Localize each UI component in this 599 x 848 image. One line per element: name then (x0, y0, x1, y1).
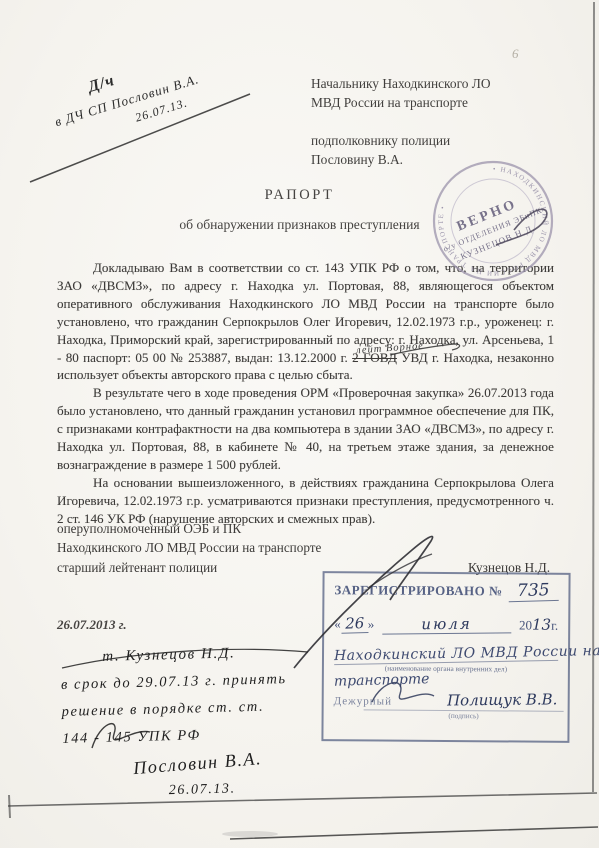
paragraph-2: В результате чего в ходе проведения ОРМ … (57, 384, 554, 474)
registration-year-suffix: г. (551, 618, 558, 634)
registration-duty-row: Дежурный Полищук В.В. (334, 690, 558, 710)
registration-date-row: « 26 » июля 20 13 г. (334, 614, 558, 635)
registration-number: 735 (508, 580, 558, 602)
document-date: 26.07.2013 г. (57, 617, 127, 633)
registration-month: июля (382, 614, 511, 634)
scanned-report-page: Д/ч в ДЧ СП Пословин В.А. 26.07.13. 6 На… (0, 0, 599, 848)
duty-officer-name: Полищук В.В. (392, 690, 558, 710)
registration-signature-caption: (подпись) (364, 709, 564, 720)
scan-edge-right (593, 2, 594, 792)
registration-org-line1: Находкинский ЛО МВД России на (334, 644, 558, 665)
officer-block: оперуполномоченный ОЭБ и ПК Находкинског… (57, 519, 321, 577)
officer-line: Находкинского ЛО МВД России на транспорт… (57, 538, 321, 557)
registration-label: ЗАРЕГИСТРИРОВАНО № (334, 582, 502, 599)
registration-org-line2: транспорте (334, 671, 424, 690)
recipient-line: МВД России на транспорте (311, 93, 491, 112)
registration-stamp: ЗАРЕГИСТРИРОВАНО № 735 « 26 » июля 20 13… (321, 571, 570, 743)
resolution-bottom-date: 26.07.13. (168, 774, 289, 804)
scan-edge-bottom-2 (230, 827, 598, 839)
quote-open: « (334, 616, 341, 632)
handwritten-resolution-bottom: т. Кузнецов Н.Д. в срок до 29.07.13 г. п… (60, 639, 290, 807)
registration-header-row: ЗАРЕГИСТРИРОВАНО № 735 (334, 579, 558, 602)
scan-edge-left-tick (9, 795, 10, 818)
quote-close: » (368, 616, 375, 632)
page-corner-mark: 6 (512, 46, 519, 62)
duty-officer-label: Дежурный (334, 695, 392, 707)
registration-year-hand: 13 (532, 616, 551, 634)
officer-line: старший лейтенант полиции (57, 558, 321, 577)
scan-smudge (222, 831, 278, 837)
handwritten-resolution-top: Д/ч в ДЧ СП Пословин В.А. 26.07.13. (46, 48, 207, 148)
officer-line: оперуполномоченный ОЭБ и ПК (57, 519, 321, 538)
registration-year-print: 20 (519, 618, 532, 634)
round-seal-stamp: • НАХОДКИНСКИЙ ЛО МВД РОССИИ НА ТРАНСПОР… (414, 138, 572, 306)
registration-day: 26 (340, 614, 368, 634)
recipient-line: Начальнику Находкинского ЛО (311, 74, 491, 93)
spacer (311, 112, 491, 131)
